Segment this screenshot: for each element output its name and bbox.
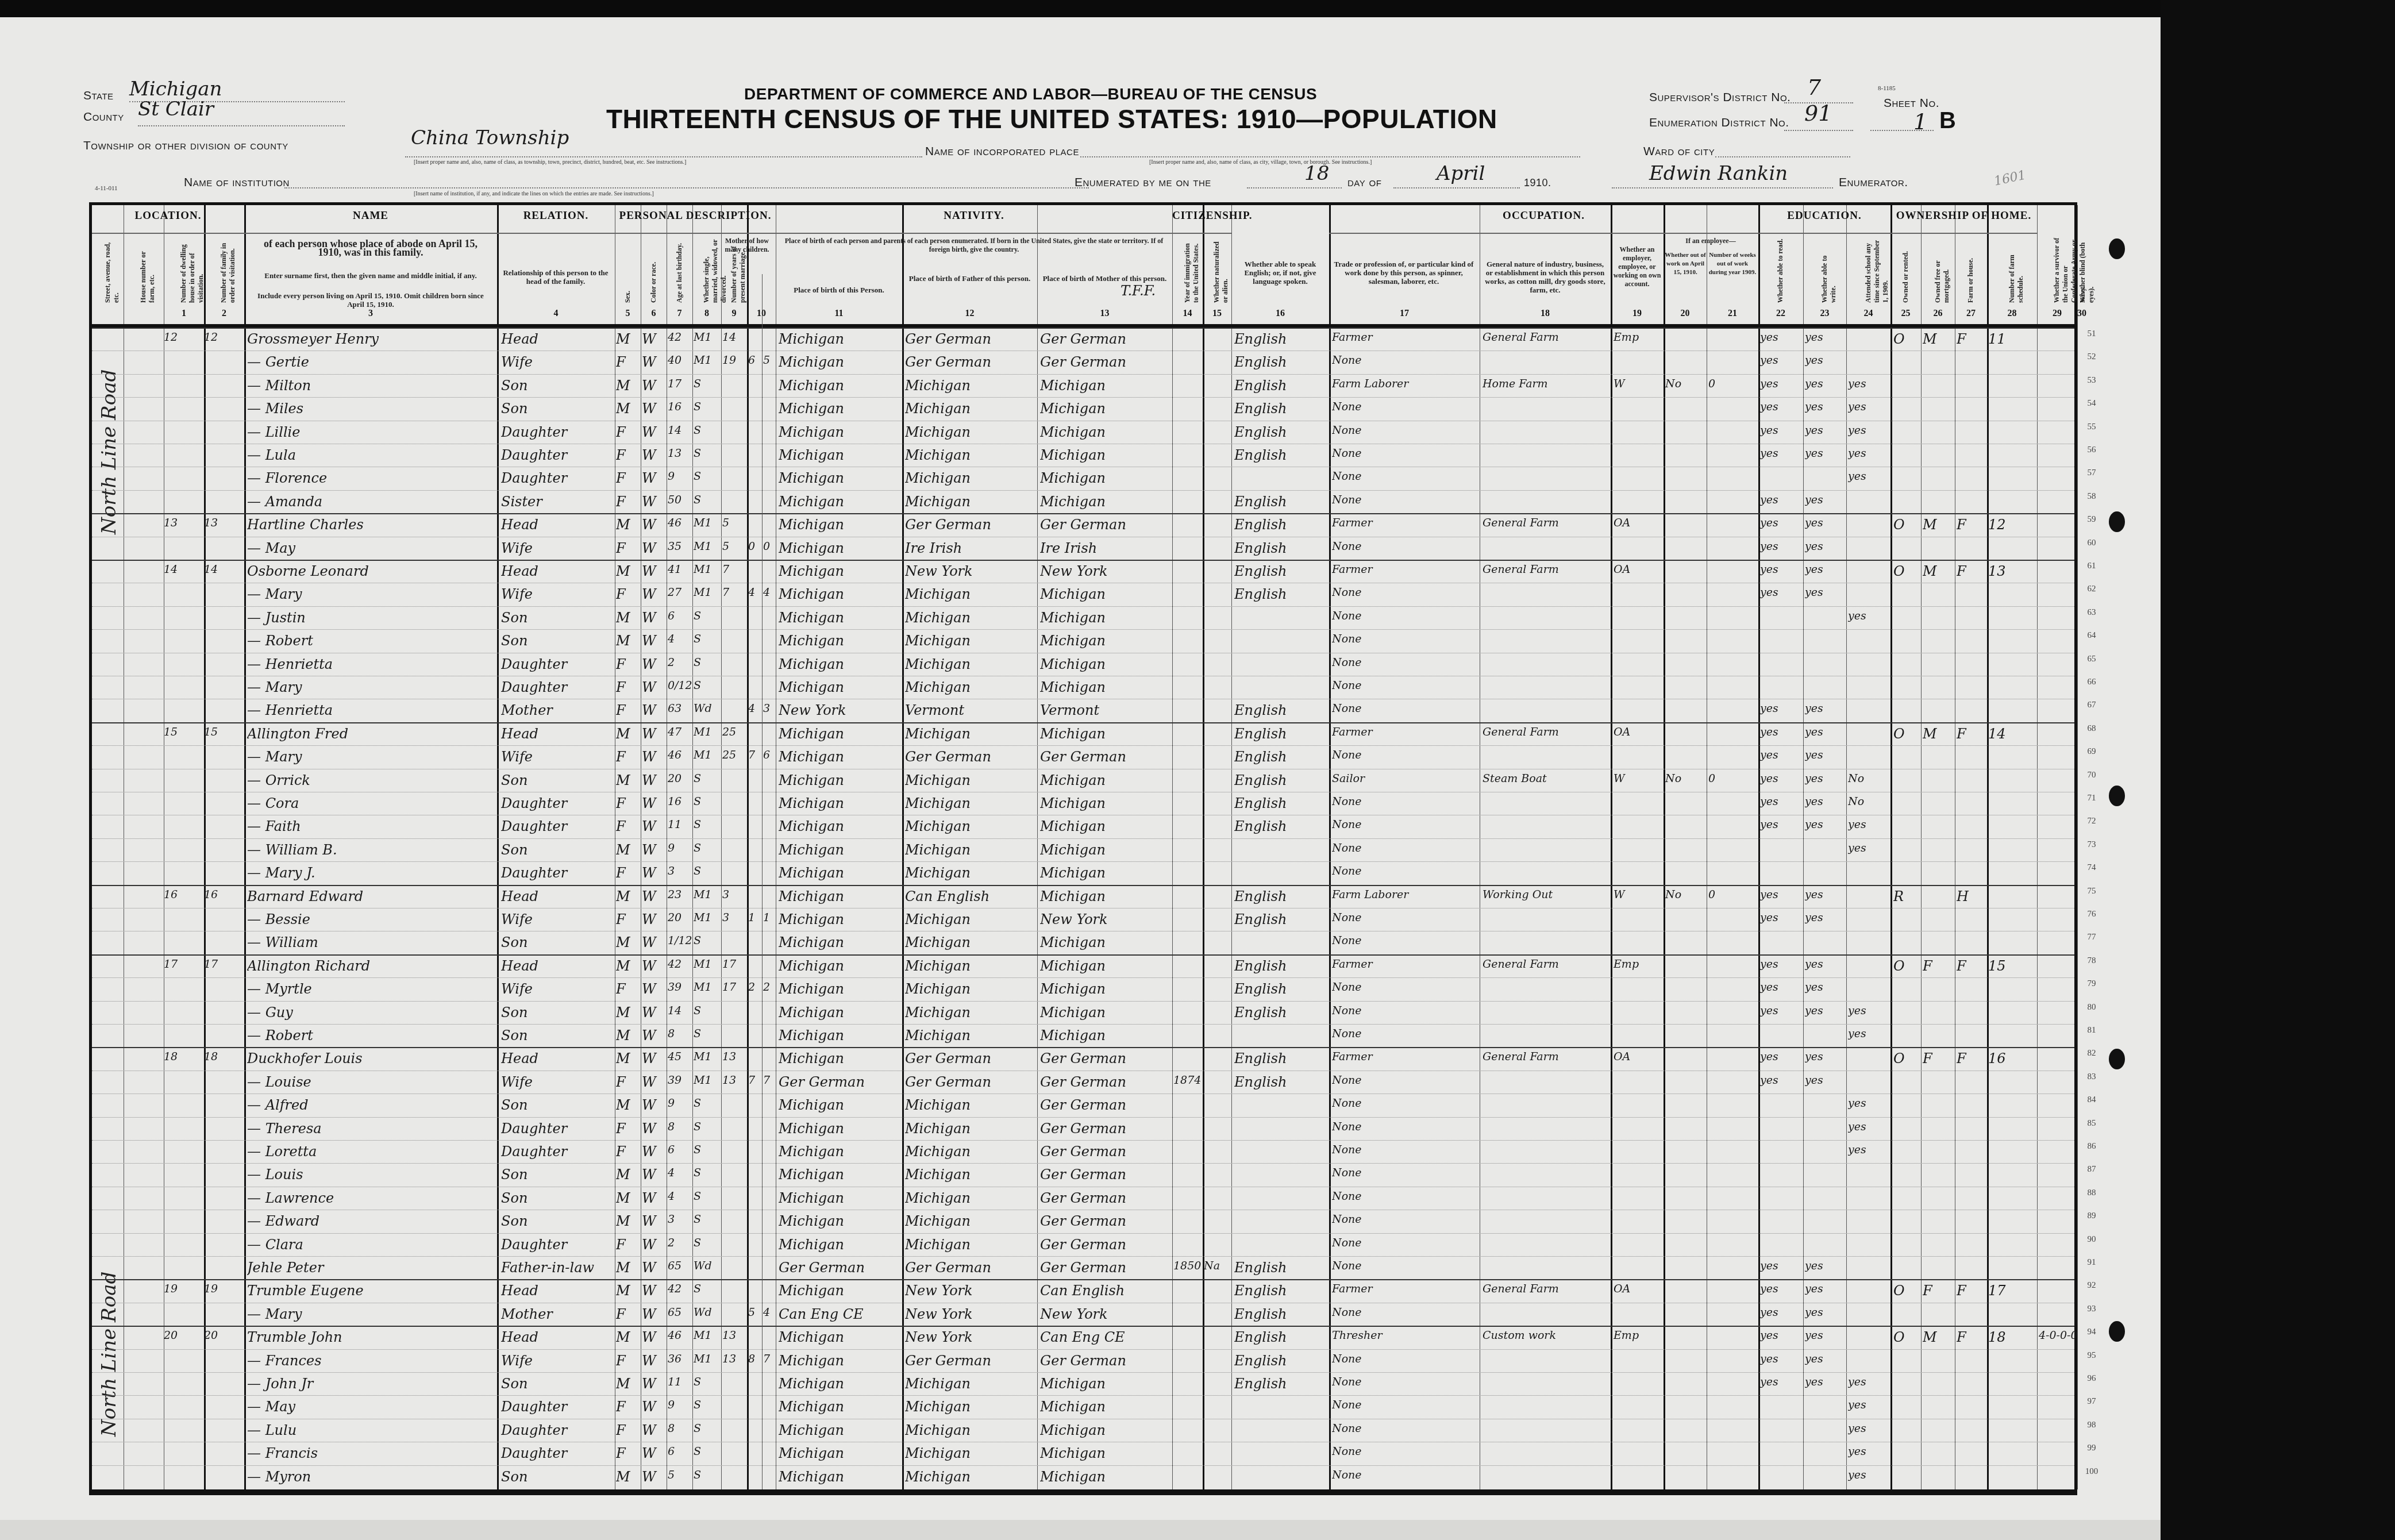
cell-age: 8 xyxy=(668,1422,692,1435)
group-heading-citizenship: CITIZENSHIP. xyxy=(1172,210,1231,222)
column-rule xyxy=(1203,205,1204,1489)
cell-birth: Michigan xyxy=(779,1445,900,1461)
column-number: 24 xyxy=(1846,309,1890,319)
cell-industry: Home Farm xyxy=(1483,378,1610,390)
cell-name: — Milton xyxy=(247,378,494,394)
row-rule xyxy=(92,1140,2074,1141)
cell-age: 40 xyxy=(668,354,692,367)
cell-marital: S xyxy=(694,1190,721,1203)
column-number: 25 xyxy=(1890,309,1921,319)
cell-father-birth: New York xyxy=(905,563,1036,579)
cell-father-birth: Michigan xyxy=(905,981,1036,997)
cell-race: W xyxy=(642,818,667,834)
cell-name: Grossmeyer Henry xyxy=(247,331,494,347)
cell-age: 46 xyxy=(668,1329,692,1342)
cell-father-birth: Michigan xyxy=(905,424,1036,440)
cell-trade: None xyxy=(1332,424,1478,437)
township-note: [Insert proper name and, also, name of c… xyxy=(414,159,686,165)
enumerated-label: Enumerated by me on the xyxy=(1075,176,1211,190)
cell-relation: Sister xyxy=(501,494,613,510)
cell-relation: Son xyxy=(501,934,613,950)
cell-mother-birth: Can English xyxy=(1040,1283,1171,1299)
cell-sex: M xyxy=(616,1027,641,1044)
cell-mother-birth: Michigan xyxy=(1040,726,1171,742)
cell-race: W xyxy=(642,1469,667,1485)
cell-trade: None xyxy=(1332,1190,1478,1203)
cell-write: yes xyxy=(1805,1050,1845,1063)
cell-mother-birth: Michigan xyxy=(1040,447,1171,463)
line-number: 73 xyxy=(2080,840,2103,850)
column-rule xyxy=(1955,205,1955,1489)
cell-trade: None xyxy=(1332,1027,1478,1040)
cell-trade: None xyxy=(1332,842,1478,854)
cell-age: 20 xyxy=(668,772,692,785)
cell-race: W xyxy=(642,540,667,556)
line-number: 55 xyxy=(2080,422,2103,432)
cell-sex: F xyxy=(616,981,641,997)
cell-mother-birth: Michigan xyxy=(1040,401,1171,417)
cell-trade: None xyxy=(1332,1121,1478,1133)
group-heading-relation: RELATION. xyxy=(497,210,615,222)
column-desc-v-years-married: Number of years of present marriage. xyxy=(730,237,747,303)
row-rule xyxy=(92,1442,2074,1442)
cell-trade: None xyxy=(1332,1166,1478,1179)
cell-father-birth: Michigan xyxy=(905,1445,1036,1461)
cell-owned: O xyxy=(1893,517,1920,533)
cell-schedule: 18 xyxy=(1988,1329,2036,1345)
cell-age: 17 xyxy=(668,378,692,390)
cell-father-birth: Michigan xyxy=(905,1213,1036,1229)
cell-mother-birth: Ger German xyxy=(1040,1190,1171,1206)
cell-age: 8 xyxy=(668,1027,692,1040)
cell-owned: O xyxy=(1893,958,1920,974)
line-number: 74 xyxy=(2080,863,2103,873)
cell-schedule: 12 xyxy=(1988,517,2036,533)
cell-language: English xyxy=(1234,354,1328,370)
cell-sex: F xyxy=(616,1121,641,1137)
line-number: 89 xyxy=(2080,1211,2103,1221)
cell-name: — Edward xyxy=(247,1213,494,1229)
cell-age: 13 xyxy=(668,447,692,460)
cell-relation: Daughter xyxy=(501,865,613,881)
cell-race: W xyxy=(642,1190,667,1206)
cell-birth: Michigan xyxy=(779,818,900,834)
cell-relation: Head xyxy=(501,517,613,533)
cell-free: F xyxy=(1923,958,1954,974)
cell-trade: Farmer xyxy=(1332,1050,1478,1063)
cell-race: W xyxy=(642,401,667,417)
cell-read: yes xyxy=(1760,795,1802,808)
cell-marital: S xyxy=(694,610,721,622)
cell-sex: M xyxy=(616,888,641,904)
line-number: 88 xyxy=(2080,1188,2103,1198)
cell-trade: None xyxy=(1332,633,1478,645)
cell-family: 14 xyxy=(204,563,244,576)
row-rule xyxy=(92,1047,2074,1048)
cell-marital: S xyxy=(694,1027,721,1040)
cell-relation: Wife xyxy=(501,981,613,997)
row-rule xyxy=(92,1303,2074,1303)
row-rule xyxy=(92,1279,2074,1280)
cell-read: yes xyxy=(1760,331,1802,344)
cell-mother-birth: Ger German xyxy=(1040,749,1171,765)
cell-school: yes xyxy=(1848,1004,1889,1017)
cell-read: yes xyxy=(1760,1353,1802,1365)
cell-father-birth: Michigan xyxy=(905,865,1036,881)
cell-dwelling: 16 xyxy=(164,888,204,901)
cell-relation: Wife xyxy=(501,354,613,370)
cell-race: W xyxy=(642,470,667,486)
cell-sex: M xyxy=(616,842,641,858)
cell-name: — Mary J. xyxy=(247,865,494,881)
cell-name: — Louise xyxy=(247,1074,494,1090)
institution-line xyxy=(284,187,1089,188)
cell-living: 7 xyxy=(763,1074,776,1087)
row-rule xyxy=(92,745,2074,746)
cell-trade: None xyxy=(1332,818,1478,831)
cell-owned: O xyxy=(1893,1050,1920,1067)
cell-school: yes xyxy=(1848,818,1889,831)
cell-trade: Sailor xyxy=(1332,772,1478,785)
group-rule xyxy=(1890,233,2037,234)
cell-birth: Michigan xyxy=(779,1121,900,1137)
cell-extra: 4-0-0-0 xyxy=(2039,1329,2079,1342)
cell-sex: M xyxy=(616,1004,641,1021)
line-number: 90 xyxy=(2080,1235,2103,1245)
row-rule xyxy=(92,606,2074,607)
cell-mother-birth: Ger German xyxy=(1040,1166,1171,1183)
line-number: 94 xyxy=(2080,1327,2103,1337)
cell-trade: None xyxy=(1332,1469,1478,1481)
row-rule xyxy=(92,1256,2074,1257)
row-rule xyxy=(92,629,2074,630)
cell-name: Osborne Leonard xyxy=(247,563,494,579)
cell-read: yes xyxy=(1760,447,1802,460)
cell-read: yes xyxy=(1760,540,1802,553)
cell-sex: M xyxy=(616,633,641,649)
cell-name: — Orrick xyxy=(247,772,494,788)
cell-write: yes xyxy=(1805,1004,1845,1017)
margin-stamp: 1601 xyxy=(1993,168,2027,188)
cell-marital: S xyxy=(694,679,721,692)
line-number: 99 xyxy=(2080,1443,2103,1453)
row-rule xyxy=(92,1001,2074,1002)
cell-relation: Son xyxy=(501,1166,613,1183)
cell-birth: Michigan xyxy=(779,586,900,602)
cell-race: W xyxy=(642,633,667,649)
cell-sex: M xyxy=(616,563,641,579)
cell-name: — Florence xyxy=(247,470,494,486)
row-rule xyxy=(92,513,2074,514)
cell-sex: F xyxy=(616,865,641,881)
cell-trade: None xyxy=(1332,494,1478,506)
cell-trade: None xyxy=(1332,1445,1478,1458)
cell-mother-birth: Ger German xyxy=(1040,354,1171,370)
column-desc-relation: Relationship of this person to the head … xyxy=(501,268,610,286)
cell-write: yes xyxy=(1805,795,1845,808)
cell-write: yes xyxy=(1805,1376,1845,1388)
cell-sex: F xyxy=(616,447,641,463)
cell-father-birth: Michigan xyxy=(905,726,1036,742)
cell-birth: Michigan xyxy=(779,1329,900,1345)
enumerated-day: 18 xyxy=(1304,162,1329,185)
cell-marital: S xyxy=(694,1399,721,1411)
row-rule xyxy=(92,421,2074,421)
line-number: 81 xyxy=(2080,1026,2103,1035)
sheet-line xyxy=(1870,130,1934,131)
cell-industry: Steam Boat xyxy=(1483,772,1610,785)
column-number: 21 xyxy=(1707,309,1758,319)
cell-relation: Son xyxy=(501,842,613,858)
cell-age: 46 xyxy=(668,749,692,761)
cell-school: yes xyxy=(1848,1144,1889,1156)
cell-birth: Michigan xyxy=(779,1027,900,1044)
cell-language: English xyxy=(1234,795,1328,811)
cell-language: English xyxy=(1234,517,1328,533)
cell-family: 12 xyxy=(204,331,244,344)
cell-race: W xyxy=(642,726,667,742)
group-heading-occupation: OCCUPATION. xyxy=(1329,210,1758,222)
cell-school: yes xyxy=(1848,378,1889,390)
line-number: 84 xyxy=(2080,1095,2103,1105)
cell-farm: F xyxy=(1957,1283,1986,1299)
cell-schedule: 14 xyxy=(1988,726,2036,742)
cell-marital: S xyxy=(694,934,721,947)
cell-free: M xyxy=(1923,517,1954,533)
cell-relation: Head xyxy=(501,888,613,904)
cell-father-birth: Michigan xyxy=(905,842,1036,858)
row-rule xyxy=(92,1117,2074,1118)
cell-race: W xyxy=(642,1213,667,1229)
cell-industry: General Farm xyxy=(1483,517,1610,529)
cell-write: yes xyxy=(1805,331,1845,344)
cell-marital: S xyxy=(694,378,721,390)
cell-years-married: 3 xyxy=(722,911,747,924)
cell-years-married: 13 xyxy=(722,1050,747,1063)
cell-age: 20 xyxy=(668,911,692,924)
cell-free: M xyxy=(1923,1329,1954,1345)
cell-race: W xyxy=(642,888,667,904)
cell-schedule: 16 xyxy=(1988,1050,2036,1067)
cell-industry: Custom work xyxy=(1483,1329,1610,1342)
cell-birth: Michigan xyxy=(779,1166,900,1183)
cell-trade: Farmer xyxy=(1332,331,1478,344)
cell-trade: None xyxy=(1332,1306,1478,1319)
cell-relation: Son xyxy=(501,1004,613,1021)
column-number: 27 xyxy=(1955,309,1987,319)
institution-note: [Insert name of institution, if any, and… xyxy=(414,191,654,197)
state-label: State xyxy=(83,89,114,103)
cell-read: yes xyxy=(1760,818,1802,831)
row-rule xyxy=(92,1233,2074,1234)
cell-race: W xyxy=(642,1353,667,1369)
cell-race: W xyxy=(642,1050,667,1067)
cell-name: — Mary xyxy=(247,586,494,602)
sheet-bottom-margin xyxy=(0,1520,2161,1540)
cell-write: yes xyxy=(1805,888,1845,901)
cell-race: W xyxy=(642,842,667,858)
cell-marital: M1 xyxy=(694,1353,721,1365)
cell-race: W xyxy=(642,586,667,602)
cell-name: — Mary xyxy=(247,679,494,695)
cell-marital: S xyxy=(694,424,721,437)
cell-marital: M1 xyxy=(694,888,721,901)
cell-school: yes xyxy=(1848,447,1889,460)
cell-race: W xyxy=(642,563,667,579)
cell-farm: F xyxy=(1957,563,1986,579)
cell-race: W xyxy=(642,447,667,463)
column-rule xyxy=(164,205,164,1489)
cell-years-married: 19 xyxy=(722,354,747,367)
cell-years-married: 5 xyxy=(722,517,747,529)
cell-read: yes xyxy=(1760,1283,1802,1295)
cell-name: Hartline Charles xyxy=(247,517,494,533)
line-number: 96 xyxy=(2080,1374,2103,1384)
line-number: 77 xyxy=(2080,933,2103,942)
column-desc-v-blind: Whether blind (both eyes). xyxy=(2078,237,2096,303)
cell-age: 9 xyxy=(668,842,692,854)
cell-schedule: 11 xyxy=(1988,331,2036,347)
cell-age: 42 xyxy=(668,331,692,344)
cell-sex: F xyxy=(616,1445,641,1461)
cell-read: yes xyxy=(1760,726,1802,738)
cell-sex: F xyxy=(616,1237,641,1253)
cell-race: W xyxy=(642,772,667,788)
cell-age: 45 xyxy=(668,1050,692,1063)
cell-age: 2 xyxy=(668,656,692,669)
cell-write: yes xyxy=(1805,1260,1845,1272)
cell-trade: None xyxy=(1332,981,1478,994)
column-rule xyxy=(244,205,246,1489)
cell-mother-birth: Michigan xyxy=(1040,934,1171,950)
cell-relation: Father-in-law xyxy=(501,1260,613,1276)
cell-birth: Michigan xyxy=(779,749,900,765)
cell-sex: M xyxy=(616,934,641,950)
cell-years-married: 3 xyxy=(722,888,747,901)
cell-name: — William B. xyxy=(247,842,494,858)
column-desc-v-street: Street, avenue, road, etc. xyxy=(103,237,121,303)
cell-living: 3 xyxy=(763,702,776,715)
cell-birth: Michigan xyxy=(779,1213,900,1229)
cell-relation: Son xyxy=(501,772,613,788)
cell-language: English xyxy=(1234,563,1328,579)
cell-mother-birth: Michigan xyxy=(1040,656,1171,672)
column-number: 22 xyxy=(1758,309,1803,319)
day-of-label: day of xyxy=(1347,176,1381,190)
cell-name: Barnard Edward xyxy=(247,888,494,904)
cell-name: — Justin xyxy=(247,610,494,626)
cell-marital: S xyxy=(694,1121,721,1133)
cell-sex: F xyxy=(616,911,641,927)
column-number: 9 xyxy=(721,309,747,319)
line-number: 75 xyxy=(2080,887,2103,896)
cell-relation: Daughter xyxy=(501,656,613,672)
cell-sex: M xyxy=(616,726,641,742)
enumeration-label: Enumeration District No. xyxy=(1649,116,1789,130)
state-value: Michigan xyxy=(129,78,222,101)
cell-marital: S xyxy=(694,447,721,460)
group-rule xyxy=(244,233,497,234)
cell-sex: M xyxy=(616,1213,641,1229)
township-line xyxy=(405,156,922,157)
cell-marital: M1 xyxy=(694,981,721,994)
column-number: 28 xyxy=(1987,309,2037,319)
column-number: 11 xyxy=(776,309,902,319)
year-label: 1910. xyxy=(1524,177,1551,189)
cell-dwelling: 13 xyxy=(164,517,204,529)
cell-father-birth: Michigan xyxy=(905,494,1036,510)
cell-trade: Farmer xyxy=(1332,563,1478,576)
line-number: 66 xyxy=(2080,677,2103,687)
cell-family: 19 xyxy=(204,1283,244,1295)
cell-write: yes xyxy=(1805,354,1845,367)
cell-relation: Head xyxy=(501,331,613,347)
census-table: LOCATION.NAMERELATION.PERSONAL DESCRIPTI… xyxy=(89,202,2077,1495)
column-desc-name-3: Include every person living on April 15,… xyxy=(256,291,486,309)
cell-mother-birth: Michigan xyxy=(1040,842,1171,858)
cell-sex: F xyxy=(616,818,641,834)
cell-language: English xyxy=(1234,1329,1328,1345)
cell-read: yes xyxy=(1760,1074,1802,1087)
cell-relation: Daughter xyxy=(501,818,613,834)
enumeration-value: 91 xyxy=(1804,101,1832,126)
group-heading-education: EDUCATION. xyxy=(1758,210,1890,222)
cell-employer: OA xyxy=(1614,563,1662,576)
cell-mother-birth: New York xyxy=(1040,1306,1171,1322)
cell-relation: Daughter xyxy=(501,1422,613,1438)
column-desc-v-owned: Owned or rented. xyxy=(1901,237,1910,303)
column-rule xyxy=(692,205,693,1489)
cell-name: — Myron xyxy=(247,1469,494,1485)
cell-dwelling: 17 xyxy=(164,958,204,971)
cell-mother-birth: Michigan xyxy=(1040,424,1171,440)
line-number: 68 xyxy=(2080,724,2103,734)
cell-name: — Henrietta xyxy=(247,656,494,672)
cell-mother-birth: Ger German xyxy=(1040,1353,1171,1369)
cell-father-birth: Michigan xyxy=(905,1166,1036,1183)
cell-birth: Michigan xyxy=(779,540,900,556)
column-desc-language: Whether able to speak English; or, if no… xyxy=(1234,260,1326,286)
cell-employer: W xyxy=(1614,888,1662,901)
row-rule xyxy=(92,977,2074,978)
cell-father-birth: Michigan xyxy=(905,795,1036,811)
cell-relation: Wife xyxy=(501,1074,613,1090)
cell-relation: Daughter xyxy=(501,470,613,486)
cell-school: yes xyxy=(1848,1097,1889,1110)
row-rule xyxy=(92,490,2074,491)
cell-father-birth: Michigan xyxy=(905,610,1036,626)
cell-race: W xyxy=(642,911,667,927)
cell-name: — Robert xyxy=(247,1027,494,1044)
column-rule xyxy=(1707,205,1707,1489)
cell-mother-birth: Michigan xyxy=(1040,795,1171,811)
cell-father-birth: Michigan xyxy=(905,1399,1036,1415)
cell-mother-birth: Ger German xyxy=(1040,1260,1171,1276)
cell-birth: Michigan xyxy=(779,1237,900,1253)
cell-birth: Michigan xyxy=(779,888,900,904)
cell-sex: F xyxy=(616,656,641,672)
cell-schedule: 13 xyxy=(1988,563,2036,579)
cell-language: English xyxy=(1234,1376,1328,1392)
cell-race: W xyxy=(642,1376,667,1392)
line-number: 58 xyxy=(2080,492,2103,502)
cell-father-birth: Michigan xyxy=(905,1190,1036,1206)
cell-race: W xyxy=(642,517,667,533)
cell-father-birth: Michigan xyxy=(905,1144,1036,1160)
row-rule xyxy=(92,861,2074,862)
cell-sex: M xyxy=(616,517,641,533)
county-label: County xyxy=(83,110,124,124)
